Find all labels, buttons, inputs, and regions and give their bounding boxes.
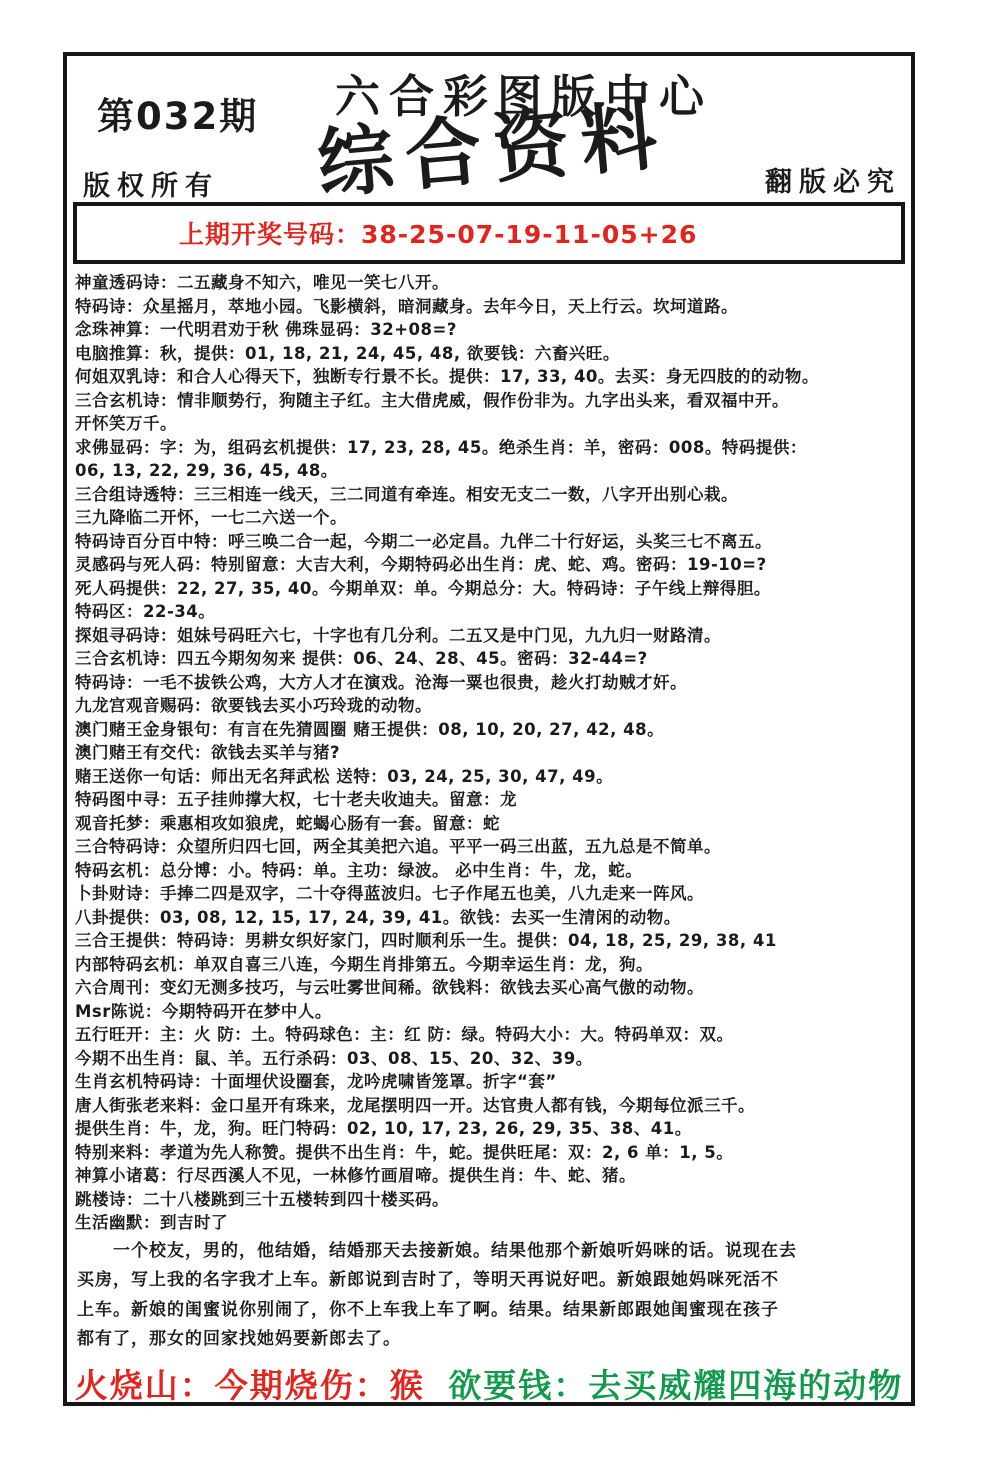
text-line: 特码玄机：总分博：小。特码：单。主功：绿波。 必中生肖：牛，龙，蛇。 <box>75 859 907 883</box>
text-line: 内部特码玄机：单双自喜三八连，今期生肖排第五。今期幸运生肖：龙，狗。 <box>75 953 907 977</box>
text-line: 特码区：22-34。 <box>75 600 907 624</box>
text-line: 卜卦财诗：手捧二四是双字，二十夺得蓝波归。七子作尾五也美，八九走来一阵风。 <box>75 882 907 906</box>
text-line: 生活幽默：到吉时了 <box>75 1211 907 1235</box>
text-line: 三合玄机诗：情非顺势行，狗随主子红。主大借虎威，假作份非为。九字出头来，看双福中… <box>75 389 907 413</box>
text-line: 赌王送你一句话：师出无名拜武松 送特：03, 24, 25, 30, 47, 4… <box>75 765 907 789</box>
text-line: 特别来料：孝道为先人称赞。提供不出生肖：牛，蛇。提供旺尾：双：2, 6 单：1,… <box>75 1141 907 1165</box>
text-line: 神算小诸葛：行尽西溪人不见，一林修竹画眉啼。提供生肖：牛、蛇、猪。 <box>75 1164 907 1188</box>
page-frame: 第032期 六合彩图版中心 综合资料 版权所有 翻版必究 上期开奖号码：38-2… <box>63 52 915 1406</box>
text-line: 求佛显码：字：为，组码玄机提供：17, 23, 28, 45。绝杀生肖：羊，密码… <box>75 436 907 460</box>
previous-draw-box: 上期开奖号码：38-25-07-19-11-05+26 <box>73 202 905 264</box>
footer-highlight: 火烧山：今期烧伤：猴 欲要钱：去买威耀四海的动物 <box>67 1360 911 1407</box>
header: 第032期 六合彩图版中心 综合资料 版权所有 翻版必究 <box>67 56 911 202</box>
joke-line: 买房，写上我的名字我才上车。新郎说到吉时了，等明天再说好吧。新娘跟她妈咪死活不 <box>77 1266 901 1296</box>
text-line: 提供生肖：牛，龙，狗。旺门特码：02, 10, 17, 23, 26, 29, … <box>75 1117 907 1141</box>
text-line: Msr陈说：今期特码开在梦中人。 <box>75 1000 907 1024</box>
text-line: 特码诗：众星摇月，萃地小园。飞影横斜，暗洞藏身。去年今日，天上行云。坎坷道路。 <box>75 295 907 319</box>
text-line: 八卦提供：03, 08, 12, 15, 17, 24, 39, 41。欲钱：去… <box>75 906 907 930</box>
joke-paragraph: 一个校友，男的，他结婚，结婚那天去接新娘。结果他那个新娘听妈咪的话。说现在去 买… <box>67 1235 911 1355</box>
text-line: 死人码提供：22, 27, 35, 40。今期单双：单。今期总分：大。特码诗：子… <box>75 577 907 601</box>
text-line: 灵感码与死人码：特别留意：大吉大利，今期特码必出生肖：虎、蛇、鸡。密码：19-1… <box>75 553 907 577</box>
text-line: 观音托梦：乘惠相攻如狼虎，蛇蝎心肠有一套。留意：蛇 <box>75 812 907 836</box>
text-line: 澳门赌王金身银句：有言在先猜圆圈 赌王提供：08, 10, 20, 27, 42… <box>75 718 907 742</box>
text-line: 探姐寻码诗：姐妹号码旺六七，十字也有几分利。二五又是中门见，九九归一财路清。 <box>75 624 907 648</box>
text-line: 跳楼诗：二十八楼跳到三十五楼转到四十楼买码。 <box>75 1188 907 1212</box>
text-line: 电脑推算：秋，提供：01, 18, 21, 24, 45, 48, 欲要钱：六畜… <box>75 342 907 366</box>
text-line: 三合特码诗：众望所归四七回，两全其美把六追。平平一码三出蓝，五九总是不简单。 <box>75 835 907 859</box>
joke-line: 上车。新娘的闺蜜说你别闹了，你不上车我上车了啊。结果。结果新郎跟她闺蜜现在孩子 <box>77 1296 901 1326</box>
text-line: 澳门赌王有交代：欲钱去买羊与猪? <box>75 741 907 765</box>
joke-line: 一个校友，男的，他结婚，结婚那天去接新娘。结果他那个新娘听妈咪的话。说现在去 <box>77 1237 901 1267</box>
text-line: 三合王提供：特码诗：男耕女织好家门，四时顺利乐一生。提供：04, 18, 25,… <box>75 929 907 953</box>
text-line: 生肖玄机特码诗：十面埋伏设圈套，龙吟虎啸皆笼罩。折字“套” <box>75 1070 907 1094</box>
text-line: 三合玄机诗：四五今期匆匆来 提供：06、24、28、45。密码：32-44=? <box>75 647 907 671</box>
text-line: 三九降临二开怀，一七二六送一个。 <box>75 506 907 530</box>
text-line: 特码图中寻：五子挂帅撑大权，七十老夫收迪夫。留意：龙 <box>75 788 907 812</box>
text-line: 九龙宫观音赐码：欲要钱去买小巧玲珑的动物。 <box>75 694 907 718</box>
copyright-left: 版权所有 <box>83 164 219 203</box>
text-line: 何姐双乳诗：和合人心得天下，独断专行景不长。提供：17, 33, 40。去买：身… <box>75 365 907 389</box>
text-line: 特码诗：一毛不拔铁公鸡，大方人才在演戏。沧海一粟也很贵，趁火打劫贼才奸。 <box>75 671 907 695</box>
text-line: 六合周刊：变幻无测多技巧，与云吐雾世间稀。欲钱料：欲钱去买心高气傲的动物。 <box>75 976 907 1000</box>
footer-red-text: 火烧山：今期烧伤：猴 <box>75 1366 425 1405</box>
text-line: 三合组诗透特：三三相连一线天，三二同道有牵连。相安无支二一数，八字开出别心栽。 <box>75 483 907 507</box>
tips-text-block: 神童透码诗：二五藏身不知六，唯见一笑七八开。 特码诗：众星摇月，萃地小园。飞影横… <box>67 264 911 1235</box>
previous-draw-numbers: 上期开奖号码：38-25-07-19-11-05+26 <box>179 215 697 251</box>
text-line: 神童透码诗：二五藏身不知六，唯见一笑七八开。 <box>75 271 907 295</box>
text-line: 06, 13, 22, 29, 36, 45, 48。 <box>75 459 907 483</box>
text-line: 五行旺开：主：火 防：土。特码球色：主：红 防：绿。特码大小：大。特码单双：双。 <box>75 1023 907 1047</box>
text-line: 特码诗百分百中特：呼三唤二合一起，今期二一必定昌。九伴二十行好运，头奖三七不离五… <box>75 530 907 554</box>
text-line: 今期不出生肖：鼠、羊。五行杀码：03、08、15、20、32、39。 <box>75 1047 907 1071</box>
text-line: 开怀笑万千。 <box>75 412 907 436</box>
text-line: 唐人街张老来料：金口星开有珠来，龙尾摆明四一开。达官贵人都有钱，今期每位派三千。 <box>75 1094 907 1118</box>
copyright-right: 翻版必究 <box>765 160 901 199</box>
footer-green-text: 欲要钱：去买威耀四海的动物 <box>448 1366 903 1405</box>
joke-line: 都有了，那女的回家找她妈要新郎去了。 <box>77 1325 901 1355</box>
text-line: 念珠神算：一代明君劝于秋 佛珠显码：32+08=? <box>75 318 907 342</box>
